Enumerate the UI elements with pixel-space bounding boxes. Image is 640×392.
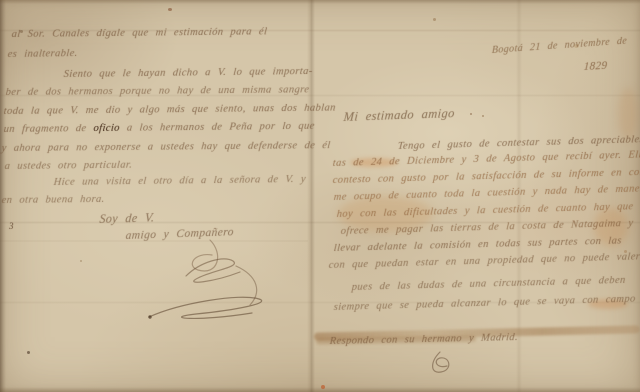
handwriting-line: Hice una visita el otro día a la señora … [53,175,306,189]
left-page: 3 al Sor. Canales dígale que mi estimaci… [0,0,308,392]
letter-photo: 3 al Sor. Canales dígale que mi estimaci… [0,0,640,392]
salutation-line: Mi estimado amigo [343,107,455,123]
page-mark: 3 [9,222,14,231]
handwriting-line: ber de dos hermanos porque no hay de una… [5,85,309,98]
right-page: Bogotá 21 de noviembre de 1829 Mi estima… [308,0,640,392]
handwriting-line: toda la que V. me dio y algo más que sie… [3,104,336,118]
handwriting-line: pues de las dudas de una circunstancia a… [351,276,626,294]
handwriting-line: en otra buena hora. [1,195,105,207]
handwriting-line: llevar adelante la comisión en todas sus… [333,236,622,254]
oficio-word: oficio [93,123,120,134]
oficio-line-post: a los hermanos de Peña por lo que [119,121,315,134]
handwriting-line: contesto con gusto por la satisfacción d… [332,167,640,186]
handwriting-line: es inalterable. [7,49,78,60]
handwriting-line: siempre que se pueda alcanzar lo que se … [333,295,636,314]
dateline-place: Bogotá 21 de noviembre de [492,37,628,57]
handwriting-line: tas de 24 de Diciembre y 3 de Agosto que… [332,150,640,170]
handwriting-line: con que puedan estar en una propiedad qu… [328,252,640,271]
handwriting-line: me ocupo de cuanto toda la cuestión y na… [333,184,640,204]
oficio-line-pre: un fragmento de [3,123,94,135]
dateline-year: 1829 [583,61,607,73]
handwriting-line: Siento que le hayan dicho a V. lo que im… [63,67,313,81]
closing-line: amigo y Compañero [125,227,234,242]
handwriting-line: a ustedes otro particular. [4,161,132,173]
closing-line: Respondo con su hermano y Madrid. [329,333,518,347]
closing-line: Soy de V. [99,212,155,225]
handwriting-line: y ahora para no exponerse a ustedes hay … [1,141,331,154]
handwriting-line-oficio: un fragmento de oficio a los hermanos de… [3,122,315,136]
handwriting-line: ofrece me pagar las tierras de la costa … [340,218,640,238]
handwriting-line: al Sor. Canales dígale que mi estimación… [11,27,267,40]
handwriting-line: hoy con las dificultades y la cuestión d… [336,202,633,220]
